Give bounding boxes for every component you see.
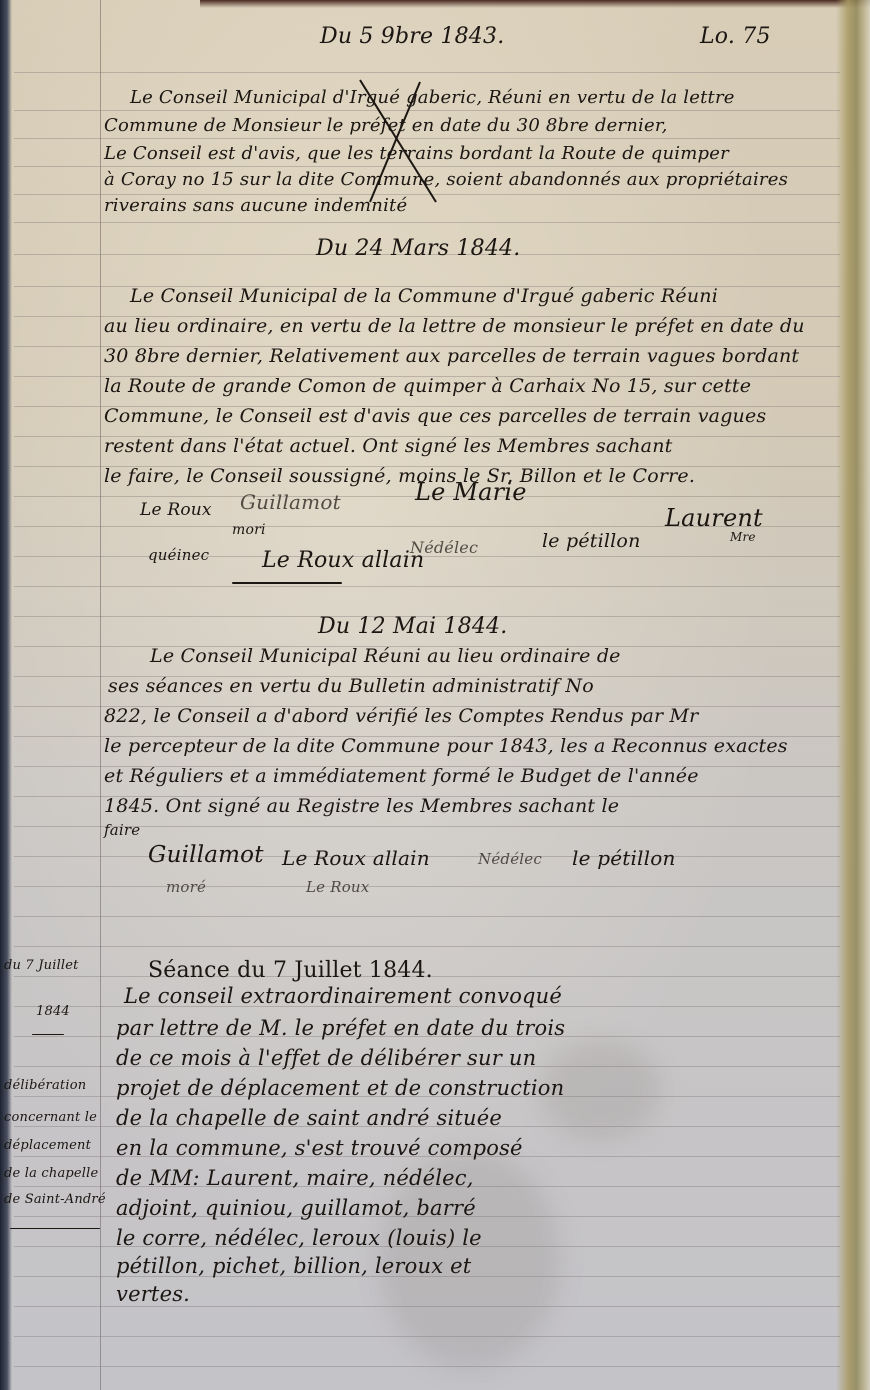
signature: Le Roux allain <box>282 846 430 870</box>
entry-heading: Du 5 9bre 1843. <box>320 24 504 49</box>
entry-line: restent dans l'état actuel. Ont signé le… <box>104 434 672 458</box>
entry-line: projet de déplacement et de construction <box>116 1076 564 1100</box>
margin-subject: concernant le <box>4 1110 97 1125</box>
signature: le pétillon <box>542 530 641 552</box>
margin-underline <box>32 1034 64 1035</box>
register-page: Lo. 75 Du 5 9bre 1843. Le Conseil Munici… <box>0 0 870 1390</box>
signature: quéinec <box>148 546 209 564</box>
entry-line: par lettre de M. le préfet en date du tr… <box>116 1016 565 1040</box>
entry-heading: Du 12 Mai 1844. <box>318 614 507 639</box>
signature: Nédélec <box>478 850 542 868</box>
entry-line: de la chapelle de saint andré située <box>116 1106 502 1130</box>
strike-cross-mark <box>358 78 438 204</box>
signature: le pétillon <box>572 846 676 870</box>
entry-line: Le Conseil Municipal de la Commune d'Irg… <box>130 284 718 308</box>
margin-subject: déplacement <box>4 1138 91 1153</box>
entry-line: vertes. <box>116 1282 190 1306</box>
page-right-edge-stain <box>836 0 870 1390</box>
entry-line: à Coray no 15 sur la dite Commune, soien… <box>104 168 788 192</box>
margin-underline <box>10 1228 100 1229</box>
signature-flourish <box>232 582 342 584</box>
entry-line: 30 8bre dernier, Relativement aux parcel… <box>104 344 799 368</box>
signature: Le Roux <box>306 878 369 896</box>
entry-line: en la commune, s'est trouvé composé <box>116 1136 523 1160</box>
entry-heading: Du 24 Mars 1844. <box>316 236 520 261</box>
signature: moré <box>166 878 206 896</box>
book-spine <box>0 0 12 1390</box>
entry-line: 822, le Conseil a d'abord vérifié les Co… <box>104 704 698 728</box>
margin-subject: de Saint-André <box>4 1192 106 1207</box>
margin-subject: de la chapelle <box>4 1166 98 1181</box>
margin-subject: délibération <box>4 1078 86 1093</box>
entry-line: pétillon, pichet, billion, leroux et <box>116 1254 471 1278</box>
entry-line: Commune, le Conseil est d'avis que ces p… <box>104 404 766 428</box>
entry-line: Le conseil extraordinairement convoqué <box>124 984 562 1008</box>
margin-date: 1844 <box>36 1004 70 1019</box>
entry-line: le percepteur de la dite Commune pour 18… <box>104 734 788 758</box>
entry-line: la Route de grande Comon de quimper à Ca… <box>104 374 751 398</box>
entry-line: le faire, le Conseil soussigné, moins le… <box>104 464 695 488</box>
signature: Le Roux <box>140 500 212 520</box>
signature: Laurent <box>665 504 763 532</box>
signature: Guillamot <box>148 842 264 868</box>
entry-line: le corre, nédélec, leroux (louis) le <box>116 1226 482 1250</box>
signature: Nédélec <box>410 538 478 557</box>
page-top-edge <box>200 0 870 8</box>
entry-line: ses séances en vertu du Bulletin adminis… <box>108 674 594 698</box>
entry-line: 1845. Ont signé au Registre les Membres … <box>104 794 619 818</box>
entry-line: au lieu ordinaire, en vertu de la lettre… <box>104 314 805 338</box>
signature: Mre <box>730 530 756 544</box>
entry-line: faire <box>104 818 140 842</box>
entry-line: et Réguliers et a immédiatement formé le… <box>104 764 699 788</box>
signature: Le Marie <box>415 478 527 506</box>
margin-line <box>100 0 101 1390</box>
signature: mori <box>232 522 266 538</box>
signature: Guillamot <box>240 490 341 514</box>
entry-heading: Séance du 7 Juillet 1844. <box>148 958 433 983</box>
entry-line: de ce mois à l'effet de délibérer sur un <box>116 1046 536 1070</box>
entry-line: adjoint, quiniou, guillamot, barré <box>116 1196 476 1220</box>
entry-line: Le Conseil Municipal Réuni au lieu ordin… <box>150 644 621 668</box>
page-number: Lo. 75 <box>700 24 771 49</box>
signature: Le Roux allain <box>262 548 424 573</box>
margin-date: du 7 Juillet <box>4 958 79 973</box>
entry-line: de MM: Laurent, maire, nédélec, <box>116 1166 474 1190</box>
